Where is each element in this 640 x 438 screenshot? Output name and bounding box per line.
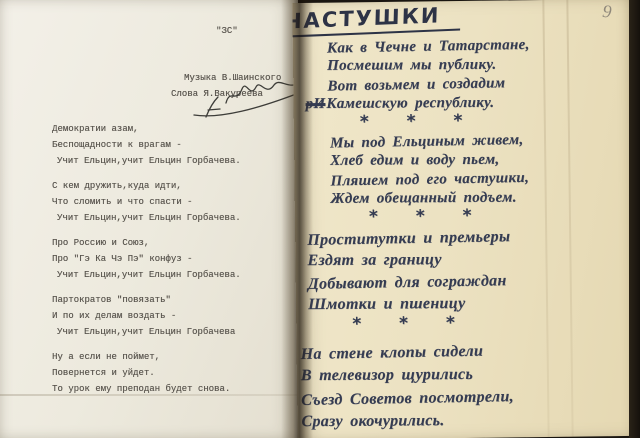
verse-line: Сразу окочурились. xyxy=(301,408,622,433)
chastushka-stanza: Проститутки и премьеры Ездят за границу … xyxy=(305,225,621,317)
song-number-label: "ЗС" xyxy=(216,26,238,36)
signature-scrawl xyxy=(192,76,308,122)
poem-stanza: Демократии азам, Беспощадности к врагам … xyxy=(52,121,241,169)
verse-line: Ждем обещанный подъем. xyxy=(331,188,620,209)
poem-line: Про Россию и Союз, xyxy=(52,235,241,251)
verse-line: рИКамешскую республику. xyxy=(306,93,619,114)
page-number: 9 xyxy=(601,1,612,23)
stanza-separator: * * * xyxy=(306,313,621,336)
poem-stanza: Ну а если не поймет, Повернется и уйдет.… xyxy=(52,349,241,397)
chastushka-stanza: На стене клопы сидели В телевизор щурили… xyxy=(300,338,622,434)
poem-line: Повернется и уйдет. xyxy=(52,365,241,381)
verse-line-text: Камешскую республику. xyxy=(326,95,494,112)
poem-line: Ну а если не поймет, xyxy=(52,349,241,365)
poem-line: Учит Ельцин,учит Ельцин Горбачева. xyxy=(52,153,241,169)
poem-line: Партократов "повязать" xyxy=(52,292,241,308)
typewritten-poem: Демократии азам, Беспощадности к врагам … xyxy=(52,121,241,406)
verse-line: Шмотки и пшеницу xyxy=(308,292,621,316)
photo-edge xyxy=(629,0,640,438)
poem-line: Беспощадности к врагам - xyxy=(52,137,241,153)
poem-stanza: Партократов "повязать" И по их делам воз… xyxy=(52,292,241,340)
poem-line: Учит Ельцин,учит Ельцин Горбачева. xyxy=(52,267,241,283)
left-page-typewritten: "ЗС" Музыка В.Шаинского Слова Я.Вакуреев… xyxy=(0,0,298,438)
poem-line: Демократии азам, xyxy=(52,121,241,137)
page-title: ЧАСТУШКИ xyxy=(292,3,460,38)
crossed-out-text: рИ xyxy=(306,96,326,112)
handwritten-verses: Как в Чечне и Татарстане, Посмешим мы пу… xyxy=(303,35,623,434)
poem-line: Про "Гэ Ка Чэ Пэ" конфуз - xyxy=(52,251,241,267)
archival-photo: "ЗС" Музыка В.Шаинского Слова Я.Вакуреев… xyxy=(0,0,640,438)
poem-line: Что сломить и что спасти - xyxy=(52,194,241,210)
poem-line: Учит Ельцин,учит Ельцин Горбачева xyxy=(52,324,241,340)
poem-line: И по их делам воздать - xyxy=(52,308,241,324)
poem-stanza: Про Россию и Союз, Про "Гэ Ка Чэ Пэ" кон… xyxy=(52,235,241,283)
right-page-handwritten: ЧАСТУШКИ 9 Как в Чечне и Татарстане, Пос… xyxy=(292,0,634,438)
poem-line: Учит Ельцин,учит Ельцин Горбачева. xyxy=(52,210,241,226)
poem-stanza: С кем дружить,куда идти, Что сломить и ч… xyxy=(52,178,241,226)
poem-line: С кем дружить,куда идти, xyxy=(52,178,241,194)
paper-crease xyxy=(0,394,298,396)
chastushka-stanza: Как в Чечне и Татарстане, Посмешим мы пу… xyxy=(303,35,619,115)
chastushka-stanza: Мы под Ельциным живем, Хлеб едим и воду … xyxy=(304,130,620,210)
